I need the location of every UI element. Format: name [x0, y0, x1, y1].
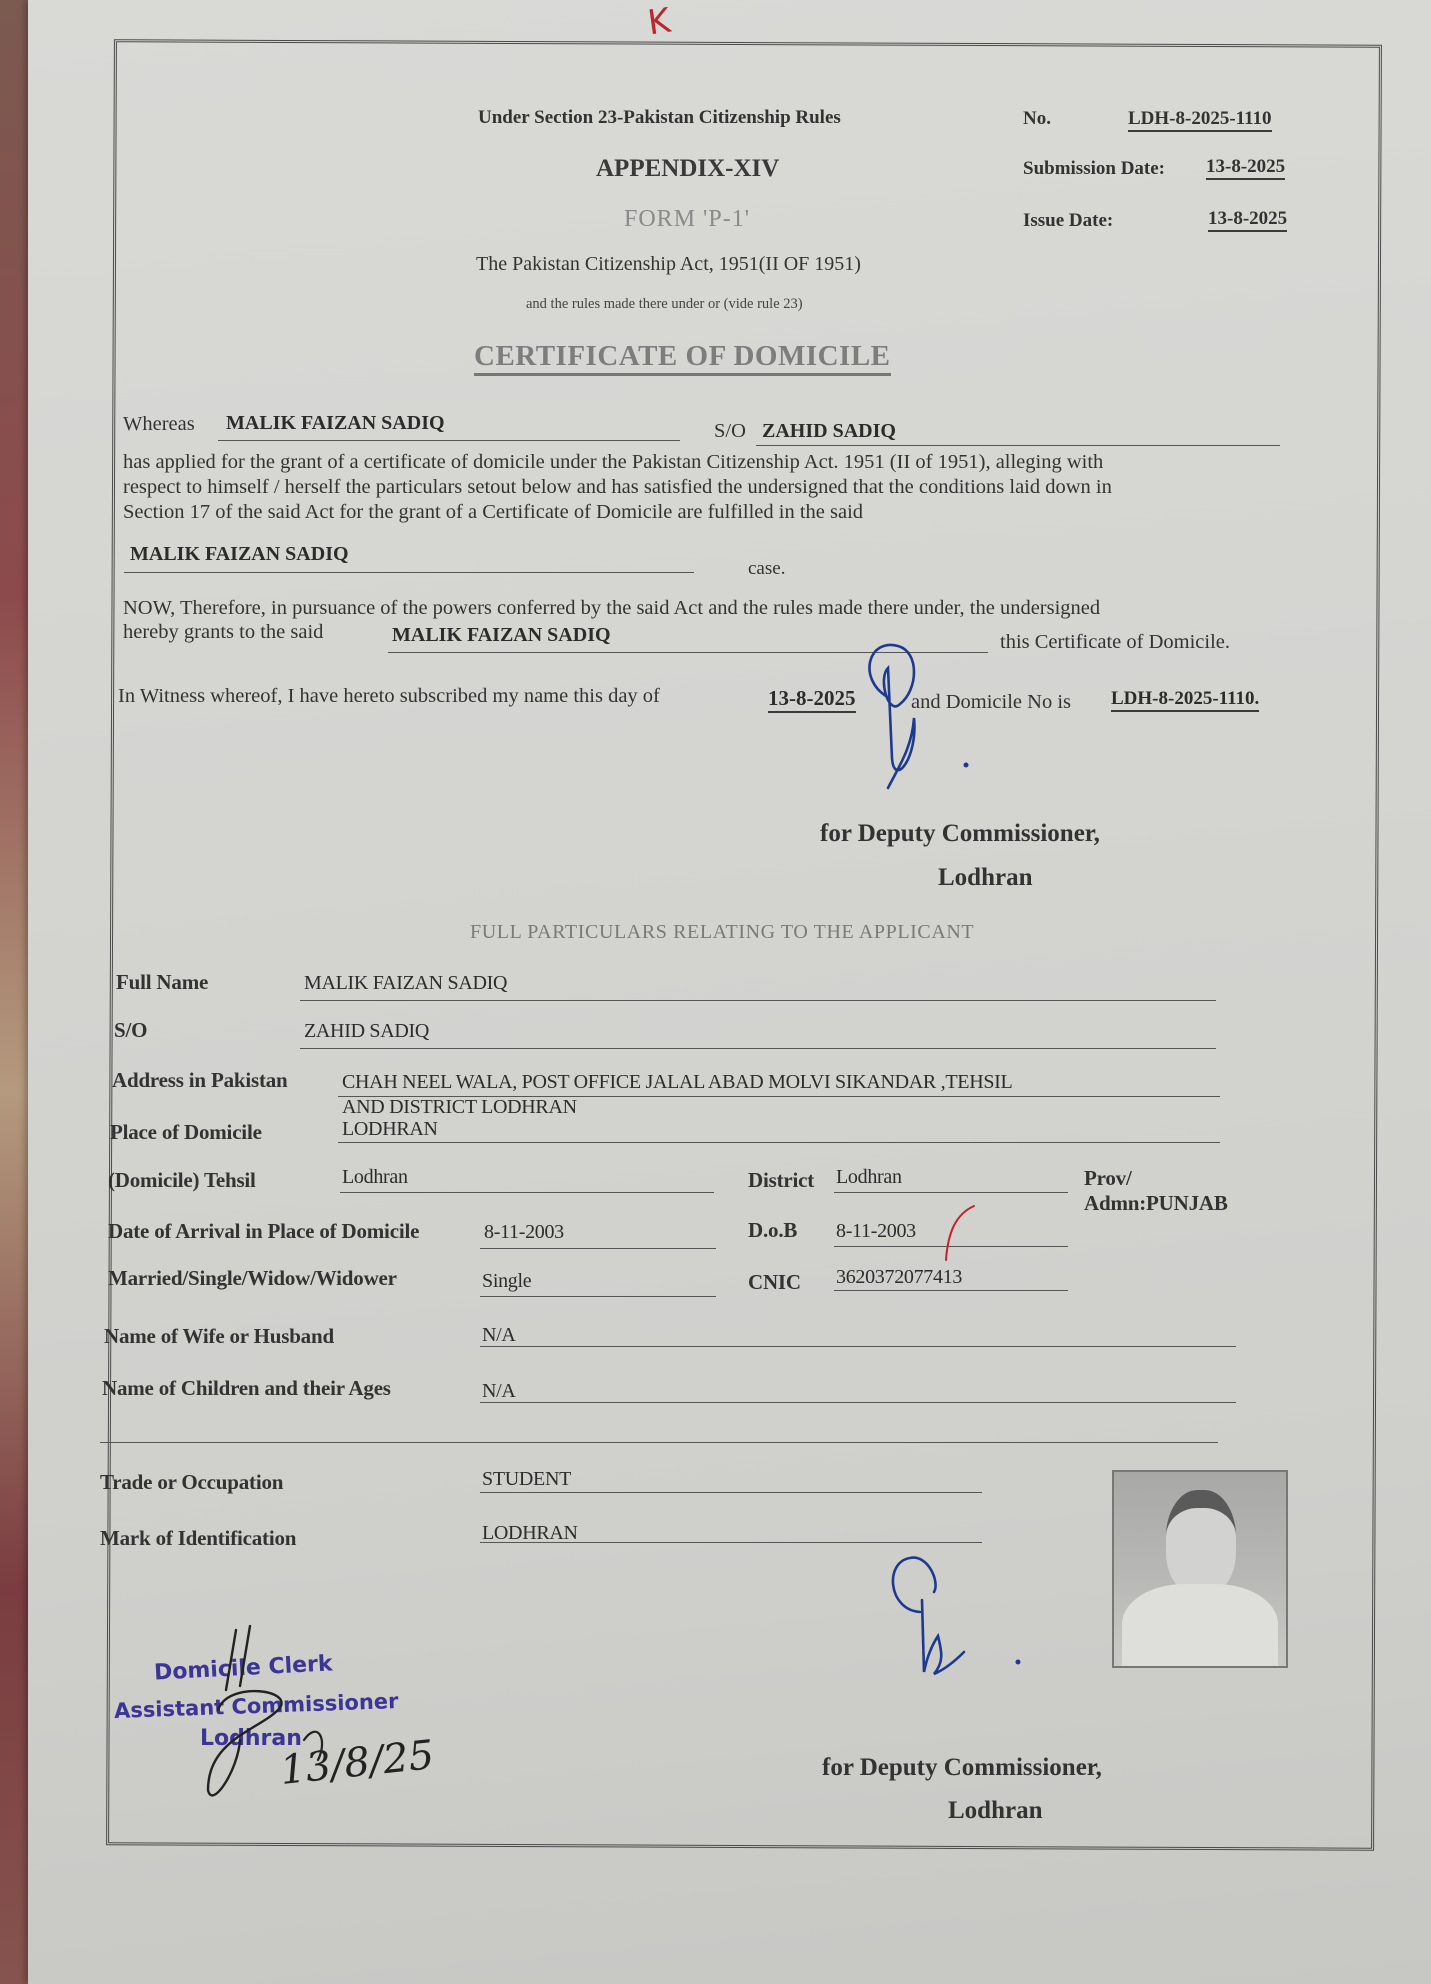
- dob-label: D.o.B: [748, 1218, 797, 1243]
- signatory-top-line2: Lodhran: [938, 864, 1032, 892]
- issue-date-label: Issue Date:: [1023, 210, 1113, 232]
- so-particular-value: ZAHID SADIQ: [304, 1020, 429, 1043]
- arrival-underline: [480, 1248, 716, 1249]
- issue-date: 13-8-2025: [1208, 208, 1287, 232]
- photo-body-shape: [1122, 1584, 1278, 1668]
- marital-status-label: Married/Single/Widow/Widower: [108, 1266, 397, 1291]
- witness-prefix: In Witness whereof, I have hereto subscr…: [118, 684, 660, 709]
- arrival-date-label: Date of Arrival in Place of Domicile: [108, 1219, 419, 1244]
- district-value: Lodhran: [836, 1166, 902, 1189]
- tehsil-label: (Domicile) Tehsil: [108, 1168, 256, 1193]
- full-name-underline: [300, 1000, 1216, 1001]
- identification-value: LODHRAN: [482, 1522, 578, 1545]
- cnic-underline: [834, 1290, 1068, 1291]
- occupation-value: STUDENT: [482, 1468, 571, 1491]
- grantee-name: MALIK FAIZAN SADIQ: [392, 624, 611, 647]
- tehsil-value: Lodhran: [342, 1166, 408, 1189]
- place-of-domicile-value: LODHRAN: [342, 1118, 438, 1141]
- spouse-underline: [480, 1346, 1236, 1347]
- so-particular-label: S/O: [114, 1018, 147, 1043]
- province-label: Prov/: [1084, 1166, 1132, 1191]
- so-underline: [300, 1048, 1216, 1049]
- full-name-value: MALIK FAIZAN SADIQ: [304, 972, 507, 995]
- witness-domicile-number: LDH-8-2025-1110.: [1111, 688, 1259, 712]
- submission-date: 13-8-2025: [1206, 156, 1285, 180]
- district-label: District: [748, 1168, 814, 1193]
- paragraph-line-3: Section 17 of the said Act for the grant…: [123, 500, 863, 525]
- blank-underline: [100, 1442, 1218, 1443]
- place-underline: [338, 1142, 1220, 1143]
- domicile-number: LDH-8-2025-1110: [1128, 108, 1272, 132]
- applicant-name-underline: [218, 440, 680, 441]
- father-name: ZAHID SADIQ: [762, 420, 896, 443]
- spouse-value: N/A: [482, 1324, 516, 1347]
- province-value: Admn:PUNJAB: [1084, 1191, 1228, 1216]
- spouse-label: Name of Wife or Husband: [104, 1324, 334, 1349]
- cnic-label: CNIC: [748, 1270, 801, 1295]
- children-underline: [480, 1402, 1236, 1403]
- tehsil-underline: [340, 1192, 714, 1193]
- address-line-2: AND DISTRICT LODHRAN: [342, 1096, 577, 1119]
- so-label: S/O: [714, 419, 746, 444]
- witness-date: 13-8-2025: [768, 686, 856, 713]
- paragraph-line-2: respect to himself / herself the particu…: [123, 475, 1112, 500]
- red-ink-mark: K: [645, 1, 673, 44]
- dob-value: 8-11-2003: [836, 1220, 916, 1243]
- arrival-date-value: 8-11-2003: [484, 1221, 564, 1244]
- signature-bottom: [878, 1552, 1048, 1682]
- signature-top: [848, 638, 988, 798]
- rules-note: and the rules made there under or (vide …: [526, 296, 803, 313]
- whereas-label: Whereas: [123, 412, 195, 437]
- photo-head-shape: [1166, 1490, 1236, 1594]
- case-name-underline: [124, 572, 694, 573]
- marital-status-value: Single: [482, 1270, 531, 1293]
- occupation-underline: [480, 1492, 982, 1493]
- now-line-2-suffix: this Certificate of Domicile.: [1000, 630, 1230, 655]
- case-label: case.: [748, 556, 785, 581]
- signatory-top-line1: for Deputy Commissioner,: [820, 820, 1100, 848]
- district-underline: [834, 1192, 1068, 1193]
- form-title: FORM 'P-1': [624, 206, 750, 233]
- submission-date-label: Submission Date:: [1023, 158, 1165, 180]
- applicant-photo: [1112, 1470, 1288, 1668]
- occupation-label: Trade or Occupation: [100, 1470, 283, 1495]
- paragraph-line-1: has applied for the grant of a certifica…: [123, 450, 1103, 475]
- marital-underline: [480, 1296, 716, 1297]
- signatory-bottom-line1: for Deputy Commissioner,: [822, 1754, 1102, 1782]
- children-value: N/A: [482, 1380, 516, 1403]
- particulars-heading: FULL PARTICULARS RELATING TO THE APPLICA…: [470, 921, 974, 944]
- certificate-paper: K Under Section 23-Pakistan Citizenship …: [28, 0, 1431, 1984]
- place-of-domicile-label: Place of Domicile: [110, 1120, 262, 1145]
- red-tick-mark: [926, 1200, 986, 1270]
- address-line-1: CHAH NEEL WALA, POST OFFICE JALAL ABAD M…: [342, 1071, 1012, 1094]
- applicant-name: MALIK FAIZAN SADIQ: [226, 412, 445, 435]
- rule-reference: Under Section 23-Pakistan Citizenship Ru…: [478, 107, 841, 129]
- case-name: MALIK FAIZAN SADIQ: [130, 543, 349, 566]
- father-name-underline: [756, 445, 1280, 446]
- identification-label: Mark of Identification: [100, 1526, 296, 1551]
- cnic-value: 3620372077413: [836, 1266, 962, 1289]
- signatory-bottom-line2: Lodhran: [948, 1797, 1042, 1825]
- no-label: No.: [1023, 108, 1051, 130]
- now-line-2-prefix: hereby grants to the said: [123, 620, 323, 645]
- act-title: The Pakistan Citizenship Act, 1951(II OF…: [476, 253, 861, 276]
- children-label: Name of Children and their Ages: [102, 1376, 391, 1401]
- appendix-title: APPENDIX-XIV: [596, 155, 779, 183]
- certificate-title: CERTIFICATE OF DOMICILE: [474, 340, 891, 376]
- full-name-label: Full Name: [116, 970, 208, 995]
- now-line-1: NOW, Therefore, in pursuance of the powe…: [123, 596, 1100, 621]
- address-label: Address in Pakistan: [112, 1068, 288, 1093]
